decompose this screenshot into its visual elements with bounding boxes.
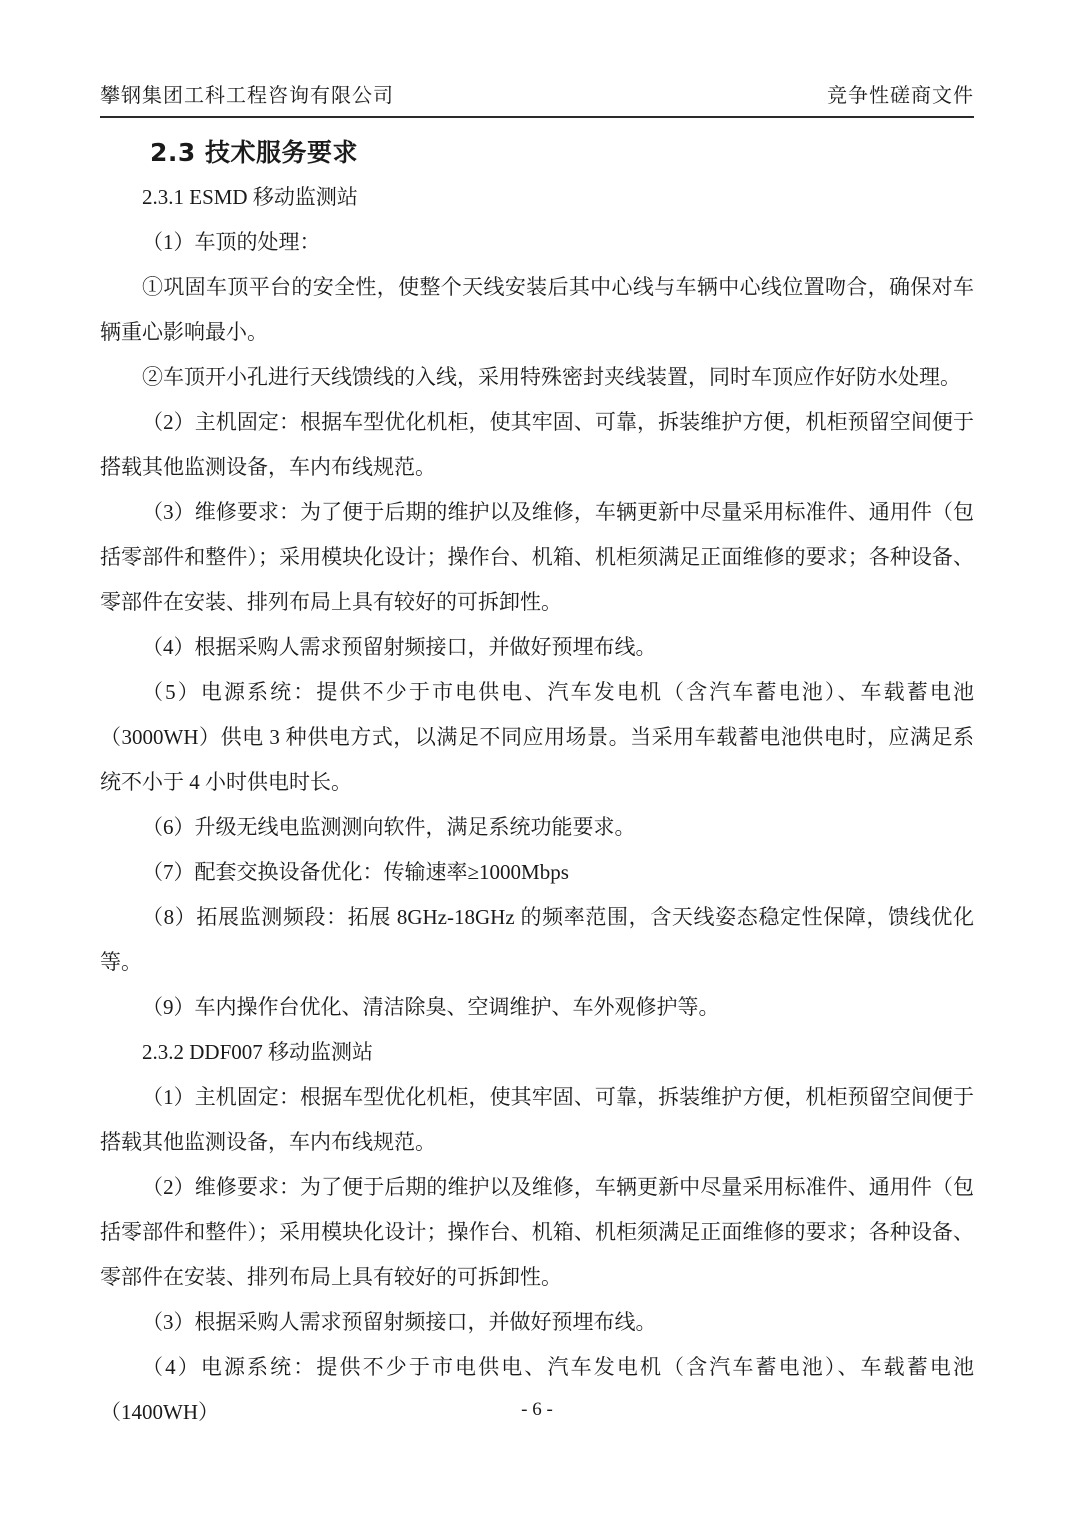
- subsection-heading: 2.3.2 DDF007 移动监测站: [100, 1030, 974, 1075]
- section-title: 2.3 技术服务要求: [100, 130, 974, 175]
- paragraph: （2）维修要求：为了便于后期的维护以及维修，车辆更新中尽量采用标准件、通用件（包…: [100, 1165, 974, 1300]
- paragraph: ①巩固车顶平台的安全性，使整个天线安装后其中心线与车辆中心线位置吻合，确保对车辆…: [100, 265, 974, 355]
- paragraph: （5）电源系统：提供不少于市电供电、汽车发电机（含汽车蓄电池）、车载蓄电池（30…: [100, 670, 974, 805]
- page-content: 攀钢集团工科工程咨询有限公司 竞争性磋商文件 2.3 技术服务要求 2.3.1 …: [100, 0, 974, 1435]
- paragraph: （3）根据采购人需求预留射频接口，并做好预埋布线。: [100, 1300, 974, 1345]
- page-number: - 6 -: [0, 1396, 1074, 1424]
- paragraph: （1）主机固定：根据车型优化机柜，使其牢固、可靠，拆装维护方便，机柜预留空间便于…: [100, 1075, 974, 1165]
- paragraph: （9）车内操作台优化、清洁除臭、空调维护、车外观修护等。: [100, 985, 974, 1030]
- paragraph: （8）拓展监测频段：拓展 8GHz-18GHz 的频率范围，含天线姿态稳定性保障…: [100, 895, 974, 985]
- paragraph: （2）主机固定：根据车型优化机柜，使其牢固、可靠，拆装维护方便，机柜预留空间便于…: [100, 400, 974, 490]
- page-header: 攀钢集团工科工程咨询有限公司 竞争性磋商文件: [100, 0, 974, 118]
- paragraph: （3）维修要求：为了便于后期的维护以及维修，车辆更新中尽量采用标准件、通用件（包…: [100, 490, 974, 625]
- subsection-heading: 2.3.1 ESMD 移动监测站: [100, 175, 974, 220]
- paragraph: （4）根据采购人需求预留射频接口，并做好预埋布线。: [100, 625, 974, 670]
- paragraph: ②车顶开小孔进行天线馈线的入线，采用特殊密封夹线装置，同时车顶应作好防水处理。: [100, 355, 974, 400]
- document-page: 攀钢集团工科工程咨询有限公司 竞争性磋商文件 2.3 技术服务要求 2.3.1 …: [0, 0, 1074, 1520]
- document-body: 2.3.1 ESMD 移动监测站 （1）车顶的处理： ①巩固车顶平台的安全性，使…: [100, 175, 974, 1435]
- paragraph: （7）配套交换设备优化：传输速率≥1000Mbps: [100, 850, 974, 895]
- paragraph: （1）车顶的处理：: [100, 220, 974, 265]
- header-document-type: 竞争性磋商文件: [827, 84, 974, 108]
- paragraph: （6）升级无线电监测测向软件，满足系统功能要求。: [100, 805, 974, 850]
- header-company-name: 攀钢集团工科工程咨询有限公司: [100, 84, 394, 108]
